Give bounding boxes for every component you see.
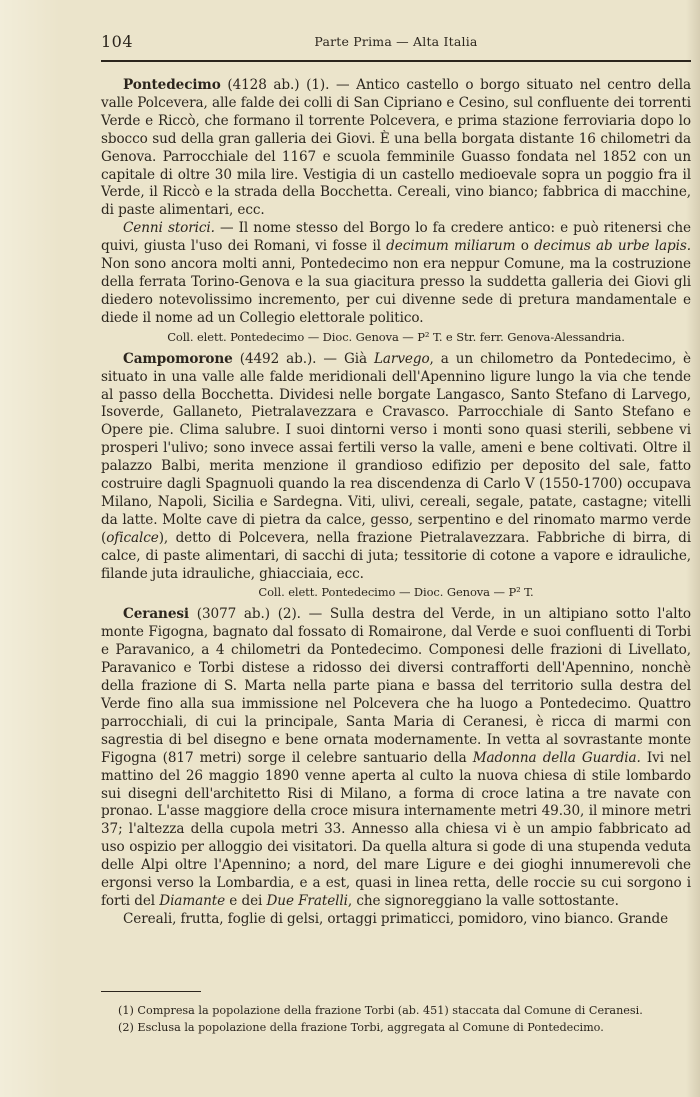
- entry-ceranesi: Ceranesi (3077 ab.) (2). — Sulla destra …: [101, 606, 691, 910]
- entry-text: — Antico castello o borgo situato nel ce…: [101, 77, 691, 218]
- footnote-2: (2) Esclusa la popolazione della frazion…: [118, 1019, 688, 1036]
- footnote-rule: [101, 991, 201, 992]
- collegio-line: Coll. elett. Pontedecimo — Dioc. Genova …: [101, 584, 691, 600]
- latin-phrase: decimum miliarum: [386, 238, 515, 254]
- italic-term: Due Fratelli: [266, 893, 347, 909]
- collegio-line: Coll. elett. Pontedecimo — Dioc. Genova …: [101, 329, 691, 345]
- entry-text: e dei: [225, 893, 266, 909]
- body-text: Pontedecimo (4128 ab.) (1). — Antico cas…: [101, 77, 691, 929]
- entry-population: (4128 ab.) (1).: [227, 77, 329, 93]
- italic-term: Madonna della Guardia.: [473, 750, 641, 766]
- entry-text: — Sulla destra del Verde, in un altipian…: [101, 606, 691, 765]
- entry-pontedecimo-history: Cenni storici. — Il nome stesso del Borg…: [101, 220, 691, 327]
- entry-text: ), detto di Polcevera, nella frazione Pi…: [101, 530, 691, 582]
- italic-term: Diamante: [159, 893, 225, 909]
- page-edge-shade-left: [0, 0, 60, 1097]
- entry-text: Ivi nel mattino del 26 maggio 1890 venne…: [101, 750, 691, 909]
- entry-population: (3077 ab.) (2).: [197, 606, 301, 622]
- latin-phrase: decimus ab urbe lapis.: [534, 238, 691, 254]
- entry-population: (4492 ab.).: [240, 351, 317, 367]
- italic-term: oficalce: [106, 530, 159, 546]
- entry-name: Pontedecimo: [123, 77, 221, 93]
- entry-campomorone: Campomorone (4492 ab.). — Già Larvego, a…: [101, 351, 691, 584]
- footnotes: (1) Compresa la popolazione della frazio…: [118, 1002, 688, 1036]
- history-text: o: [515, 238, 534, 254]
- running-title: Parte Prima — Alta Italia: [101, 34, 691, 49]
- entry-pontedecimo: Pontedecimo (4128 ab.) (1). — Antico cas…: [101, 77, 691, 220]
- history-label: Cenni storici.: [123, 220, 215, 236]
- entry-text: , che signoreggiano la valle sottostante…: [348, 893, 619, 909]
- page-header: 104 Parte Prima — Alta Italia: [101, 32, 691, 54]
- entry-name: Campomorone: [123, 351, 233, 367]
- footnote-1: (1) Compresa la popolazione della frazio…: [118, 1002, 688, 1019]
- entry-ceranesi-continuation: Cereali, frutta, foglie di gelsi, ortagg…: [101, 911, 691, 929]
- entry-text: , a un chilometro da Pontedecimo, è situ…: [101, 351, 691, 546]
- header-rule: [101, 60, 691, 62]
- history-text: Non sono ancora molti anni, Pontedecimo …: [101, 256, 691, 326]
- entry-name: Ceranesi: [123, 606, 189, 622]
- italic-term: Larvego: [374, 351, 430, 367]
- entry-text: — Già: [316, 351, 374, 367]
